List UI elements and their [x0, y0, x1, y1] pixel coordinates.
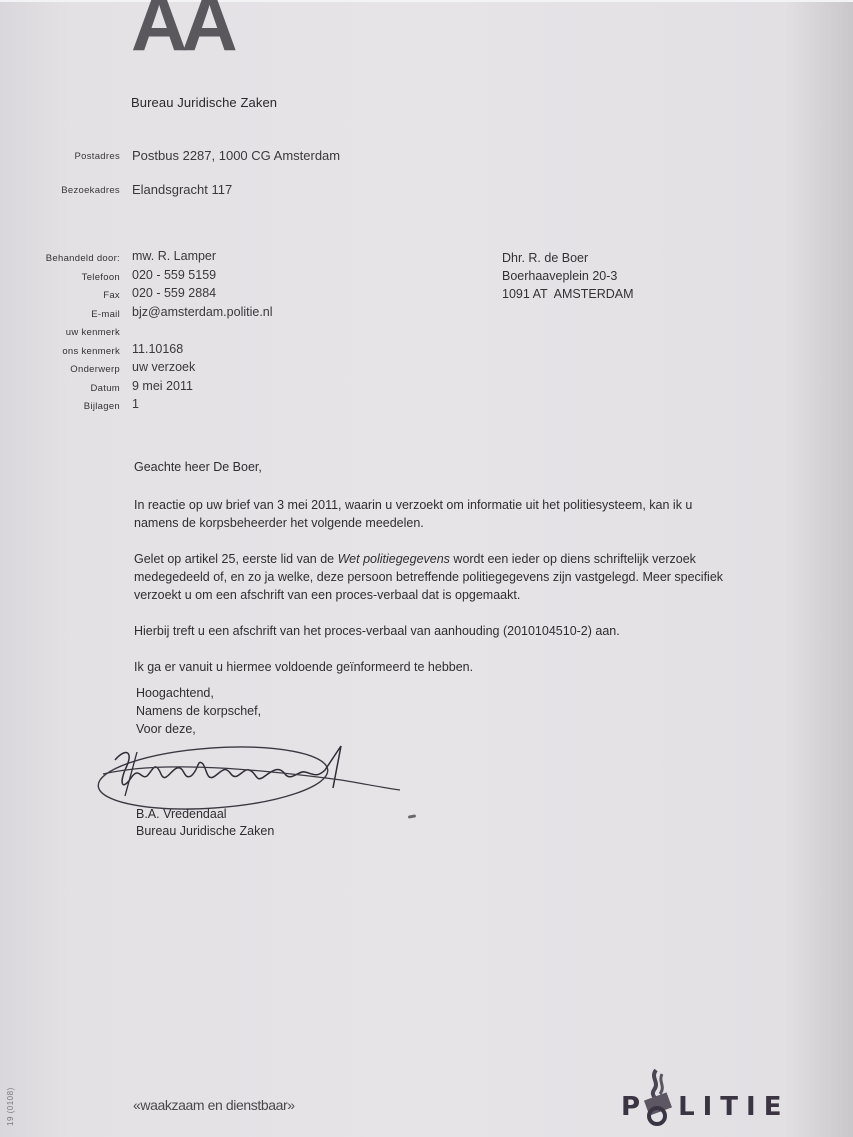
politie-logo: PLITIE	[621, 1078, 801, 1128]
meta-value: 11.10168	[132, 342, 183, 356]
meta-row-attachments: Bijlagen 1	[0, 397, 480, 416]
department-heading: Bureau Juridische Zaken	[131, 95, 277, 110]
meta-row-handled-by: Behandeld door: mw. R. Lamper	[0, 249, 480, 268]
page-top-edge	[0, 0, 853, 2]
meta-label: ons kenmerk	[0, 346, 120, 357]
signer-name: B.A. Vredendaal	[136, 806, 274, 823]
recipient-street: Boerhaaveplein 20-3	[502, 267, 634, 285]
meta-label: Telefoon	[0, 272, 120, 283]
postal-address-label: Postadres	[0, 151, 120, 162]
paragraph-2: Gelet op artikel 25, eerste lid van de W…	[134, 550, 734, 604]
closing-line-1: Hoogachtend,	[136, 684, 261, 702]
form-code: 19 (0108)	[6, 1087, 15, 1126]
meta-label: Datum	[0, 383, 120, 394]
meta-value: 1	[132, 397, 139, 411]
meta-row-your-reference: uw kenmerk	[0, 323, 480, 342]
meta-row-date: Datum 9 mei 2011	[0, 379, 480, 398]
meta-label: Onderwerp	[0, 364, 120, 375]
meta-row-our-reference: ons kenmerk 11.10168	[0, 342, 480, 361]
paragraph-1: In reactie op uw brief van 3 mei 2011, w…	[134, 496, 734, 532]
meta-row-email: E-mail bjz@amsterdam.politie.nl	[0, 305, 480, 324]
meta-value: 9 mei 2011	[132, 379, 193, 393]
meta-row-phone: Telefoon 020 - 559 5159	[0, 268, 480, 287]
visit-address-label: Bezoekadres	[0, 185, 120, 196]
aa-logo: AA	[131, 0, 232, 62]
meta-value: 020 - 559 2884	[132, 286, 216, 300]
recipient-name: Dhr. R. de Boer	[502, 249, 634, 267]
footer-subtitle-cutoff	[660, 1132, 820, 1137]
signer-department: Bureau Juridische Zaken	[136, 823, 274, 840]
recipient-city: 1091 AT AMSTERDAM	[502, 285, 634, 303]
footer-slogan: «waakzaam en dienstbaar»	[133, 1097, 295, 1113]
meta-value-email: bjz@amsterdam.politie.nl	[132, 305, 273, 319]
letter-body: Geachte heer De Boer, In reactie op uw b…	[134, 458, 734, 694]
visit-address-value: Elandsgracht 117	[132, 182, 232, 197]
meta-value: uw verzoek	[132, 360, 195, 374]
meta-label: E-mail	[0, 309, 120, 320]
meta-value: mw. R. Lamper	[132, 249, 216, 263]
meta-row-fax: Fax 020 - 559 2884	[0, 286, 480, 305]
recipient-address: Dhr. R. de Boer Boerhaaveplein 20-3 1091…	[502, 249, 634, 303]
letter-metadata: Behandeld door: mw. R. Lamper Telefoon 0…	[0, 249, 480, 416]
visit-address-row: Bezoekadres Elandsgracht 117	[0, 182, 600, 198]
paragraph-2-intro: Gelet op artikel 25, eerste lid van de	[134, 552, 338, 566]
meta-row-subject: Onderwerp uw verzoek	[0, 360, 480, 379]
paragraph-3: Hierbij treft u een afschrift van het pr…	[134, 622, 734, 640]
letter-page: AA Bureau Juridische Zaken Postadres Pos…	[0, 0, 853, 1137]
salutation: Geachte heer De Boer,	[134, 458, 734, 476]
meta-label: Fax	[0, 290, 120, 301]
law-title: Wet politiegegevens	[338, 552, 450, 566]
meta-label: Bijlagen	[0, 401, 120, 412]
paragraph-4: Ik ga er vanuit u hiermee voldoende geïn…	[134, 658, 734, 676]
meta-value: 020 - 559 5159	[132, 268, 216, 282]
meta-label: Behandeld door:	[0, 253, 120, 264]
closing-line-2: Namens de korpschef,	[136, 702, 261, 720]
meta-label: uw kenmerk	[0, 327, 120, 338]
postal-address-row: Postadres Postbus 2287, 1000 CG Amsterda…	[0, 148, 600, 164]
signer-block: B.A. Vredendaal Bureau Juridische Zaken	[136, 806, 274, 840]
police-flame-emblem-icon	[640, 1068, 676, 1128]
postal-address-value: Postbus 2287, 1000 CG Amsterdam	[132, 148, 340, 163]
